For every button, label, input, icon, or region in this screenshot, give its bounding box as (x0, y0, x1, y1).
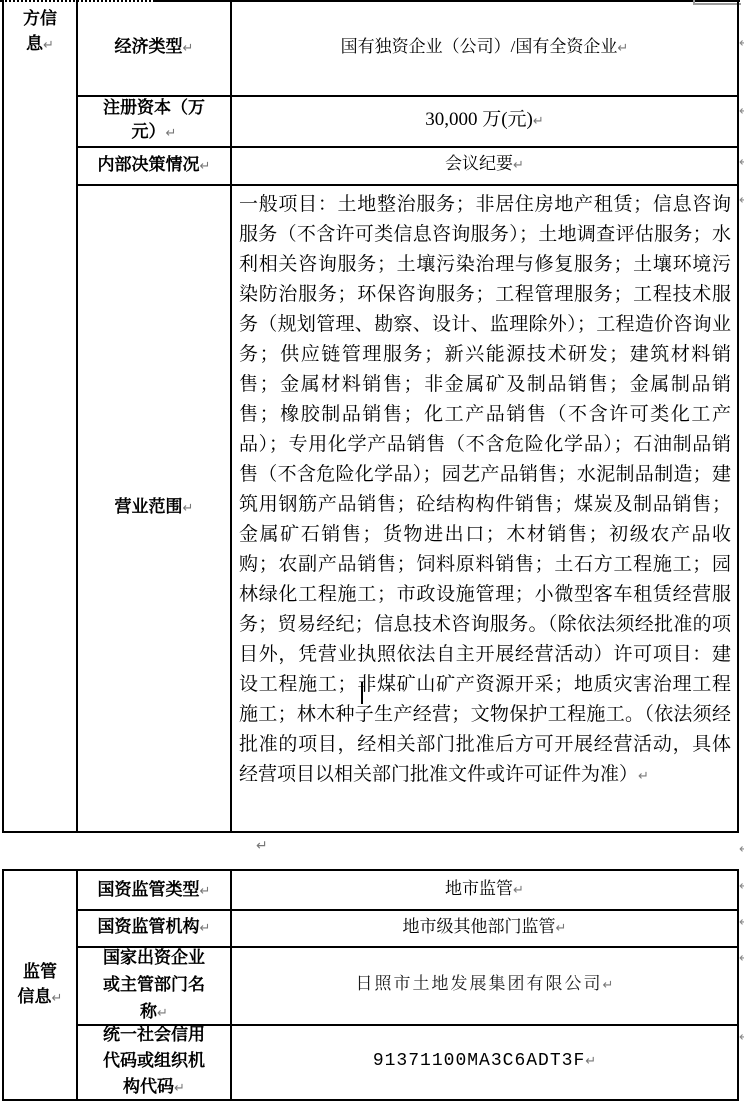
value-cell-state-funded-enterprise[interactable]: 日照市土地发展集团有限公司↵ (232, 946, 737, 1024)
table2-border-right (737, 869, 739, 1101)
cell-end-mark: ↵ (533, 114, 544, 129)
label-cell-sasac-agency[interactable]: 国资监管机构↵ (78, 909, 230, 946)
cell-end-mark: ↵ (183, 41, 194, 56)
table1-group-header-cell[interactable]: 方信 息↵ (4, 6, 76, 86)
value-sasac-type: 地市监管 (445, 879, 513, 898)
value-state-funded-enterprise: 日照市土地发展集团有限公司 (356, 974, 603, 993)
paragraph-mark: ↵ (256, 838, 268, 854)
word-document-page: { "marks": { "cell_end": "↵", "empty_par… (0, 0, 744, 1104)
value-economic-type: 国有独资企业（公司）/国有全资企业 (341, 37, 618, 56)
value-registered-capital: 30,000 万(元) (425, 109, 533, 130)
value-credit-code: 91371100MA3C6ADT3F (373, 1051, 585, 1071)
cell-end-mark: ↵ (157, 1006, 168, 1021)
value-cell-economic-type[interactable]: 国有独资企业（公司）/国有全资企业↵ (232, 0, 737, 95)
label-cell-internal-decision[interactable]: 内部决策情况↵ (78, 146, 230, 184)
table1-border-bottom (2, 831, 739, 833)
label-cell-state-funded-enterprise[interactable]: 国家出资企业 或主管部门名 称↵ (78, 946, 230, 1024)
row-end-mark: ↵ (739, 155, 744, 170)
label-state-funded-enterprise: 国家出资企业 或主管部门名 称 (103, 948, 205, 1021)
text-cursor (361, 682, 363, 704)
label-cell-credit-code[interactable]: 统一社会信用 代码或组织机 构代码↵ (78, 1024, 230, 1099)
value-cell-business-scope[interactable]: 一般项目：土地整治服务；非居住房地产租赁；信息咨询服务（不含许可类信息咨询服务）… (239, 190, 731, 828)
row-end-mark: ↵ (739, 1030, 744, 1045)
row-end-mark: ↵ (739, 951, 744, 966)
value-cell-internal-decision[interactable]: 会议纪要↵ (232, 146, 737, 184)
value-cell-sasac-agency[interactable]: 地市级其他部门监管↵ (232, 909, 737, 946)
cell-end-mark: ↵ (43, 38, 54, 53)
cell-end-mark: ↵ (52, 991, 63, 1006)
table1-border-left (2, 0, 4, 832)
table2-border-bottom (2, 1099, 739, 1101)
cell-end-mark: ↵ (638, 769, 649, 784)
cell-end-mark: ↵ (183, 501, 194, 516)
value-business-scope: 一般项目：土地整治服务；非居住房地产租赁；信息咨询服务（不含许可类信息咨询服务）… (239, 194, 731, 785)
value-cell-registered-capital[interactable]: 30,000 万(元)↵ (232, 95, 737, 146)
value-sasac-agency: 地市级其他部门监管 (403, 917, 556, 936)
row-end-mark: ↵ (739, 915, 744, 930)
row-end-mark: ↵ (739, 36, 744, 51)
row-end-mark: ↵ (739, 104, 744, 119)
cell-end-mark: ↵ (513, 883, 524, 898)
value-cell-credit-code[interactable]: 91371100MA3C6ADT3F↵ (232, 1024, 737, 1099)
table2-group-header-cell[interactable]: 监管 信息↵ (4, 871, 76, 1099)
cell-end-mark: ↵ (556, 921, 567, 936)
empty-paragraph[interactable]: ↵ (256, 838, 268, 855)
label-internal-decision: 内部决策情况 (98, 155, 200, 174)
row-end-mark: ↵ (739, 879, 744, 894)
row-end-mark: ↵ (739, 842, 744, 857)
label-sasac-type: 国资监管类型 (98, 880, 200, 899)
label-cell-registered-capital[interactable]: 注册资本（万 元）↵ (78, 95, 230, 146)
cell-end-mark: ↵ (174, 1081, 185, 1096)
cell-end-mark: ↵ (200, 884, 211, 899)
cell-end-mark: ↵ (200, 921, 211, 936)
value-internal-decision: 会议纪要 (445, 154, 513, 173)
label-cell-sasac-type[interactable]: 国资监管类型↵ (78, 871, 230, 909)
label-credit-code: 统一社会信用 代码或组织机 构代码 (103, 1025, 205, 1096)
label-economic-type: 经济类型 (115, 37, 183, 56)
cell-end-mark: ↵ (200, 159, 211, 174)
cell-end-mark: ↵ (585, 1054, 596, 1069)
value-cell-sasac-type[interactable]: 地市监管↵ (232, 871, 737, 909)
label-cell-business-scope[interactable]: 营业范围↵ (78, 184, 230, 831)
label-registered-capital: 注册资本（万 元） (103, 98, 205, 141)
cell-end-mark: ↵ (617, 41, 628, 56)
cell-end-mark: ↵ (513, 158, 524, 173)
label-business-scope: 营业范围 (115, 497, 183, 516)
label-cell-economic-type[interactable]: 经济类型↵ (78, 0, 230, 95)
table1-border-right (737, 0, 739, 832)
cell-end-mark: ↵ (603, 978, 614, 993)
cell-end-mark: ↵ (166, 126, 177, 141)
row-end-mark: ↵ (739, 193, 744, 208)
label-sasac-agency: 国资监管机构 (98, 917, 200, 936)
